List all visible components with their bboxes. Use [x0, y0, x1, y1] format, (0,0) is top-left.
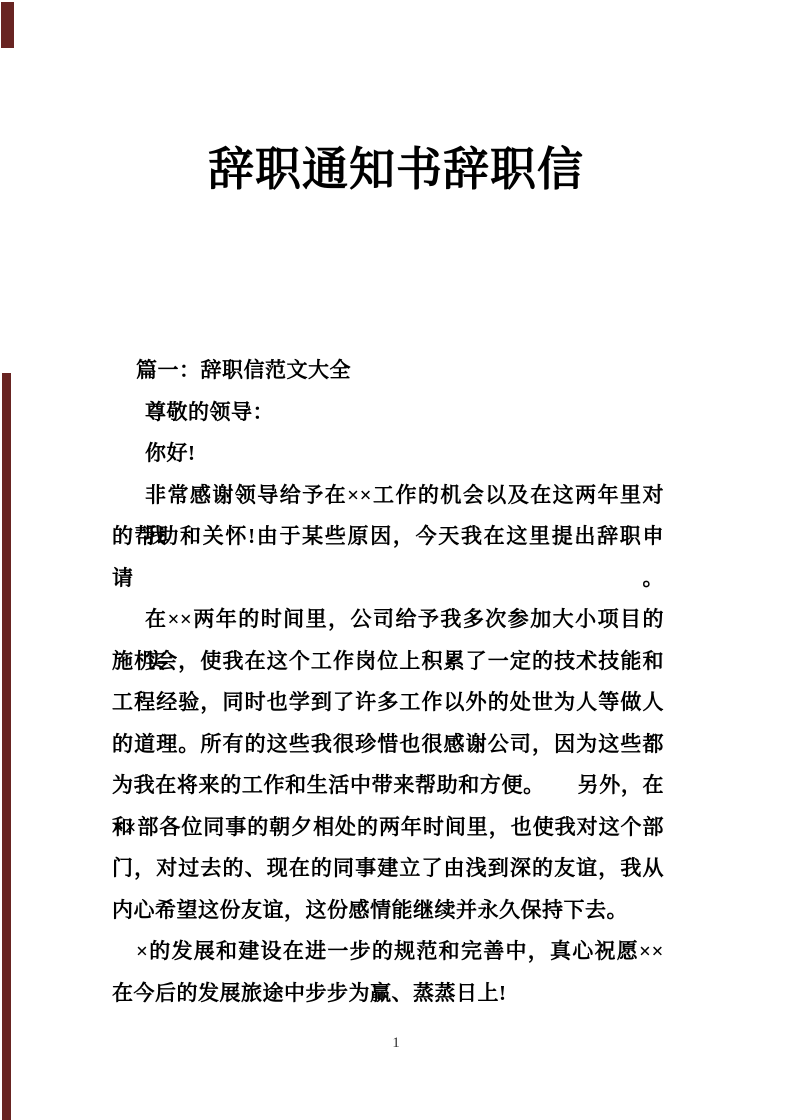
body-line: 篇一：辞职信范文大全 [112, 350, 664, 392]
body-line: 尊敬的领导： [112, 392, 664, 434]
page-edge-marker-top [1, 2, 14, 48]
body-line: 施机会，使我在这个工作岗位上积累了一定的技术技能和 [112, 641, 664, 683]
body-line: 门，对过去的、现在的同事建立了由浅到深的友谊，我从 [112, 848, 664, 890]
document-title: 辞职通知书辞职信 [0, 145, 792, 196]
body-line: 的帮助和关怀!由于某些原因，今天我在这里提出辞职申请。 [112, 516, 664, 558]
body-line: 工程经验，同时也学到了许多工作以外的处世为人等做人 [112, 682, 664, 724]
document-page: 辞职通知书辞职信 篇一：辞职信范文大全 尊敬的领导： 你好! 非常感谢领导给予在… [0, 0, 792, 1120]
document-body: 篇一：辞职信范文大全 尊敬的领导： 你好! 非常感谢领导给予在××工作的机会以及… [112, 350, 664, 1014]
body-line: 为我在将来的工作和生活中带来帮助和方便。 另外，在和 [112, 765, 664, 807]
body-line: 你好! [112, 433, 664, 475]
page-edge-marker-left [2, 373, 11, 1120]
body-line: 的道理。所有的这些我很珍惜也很感谢公司，因为这些都 [112, 724, 664, 766]
page-number: 1 [0, 1035, 792, 1052]
body-line: 在××两年的时间里，公司给予我多次参加大小项目的实 [112, 599, 664, 641]
body-line: ×的发展和建设在进一步的规范和完善中，真心祝愿×× [112, 931, 664, 973]
body-line: ××部各位同事的朝夕相处的两年时间里，也使我对这个部 [112, 807, 664, 849]
body-line: 非常感谢领导给予在××工作的机会以及在这两年里对我 [112, 475, 664, 517]
body-line: 内心希望这份友谊，这份感情能继续并永久保持下去。 [112, 890, 664, 932]
body-line: 在今后的发展旅途中步步为赢、蒸蒸日上! [112, 973, 664, 1015]
